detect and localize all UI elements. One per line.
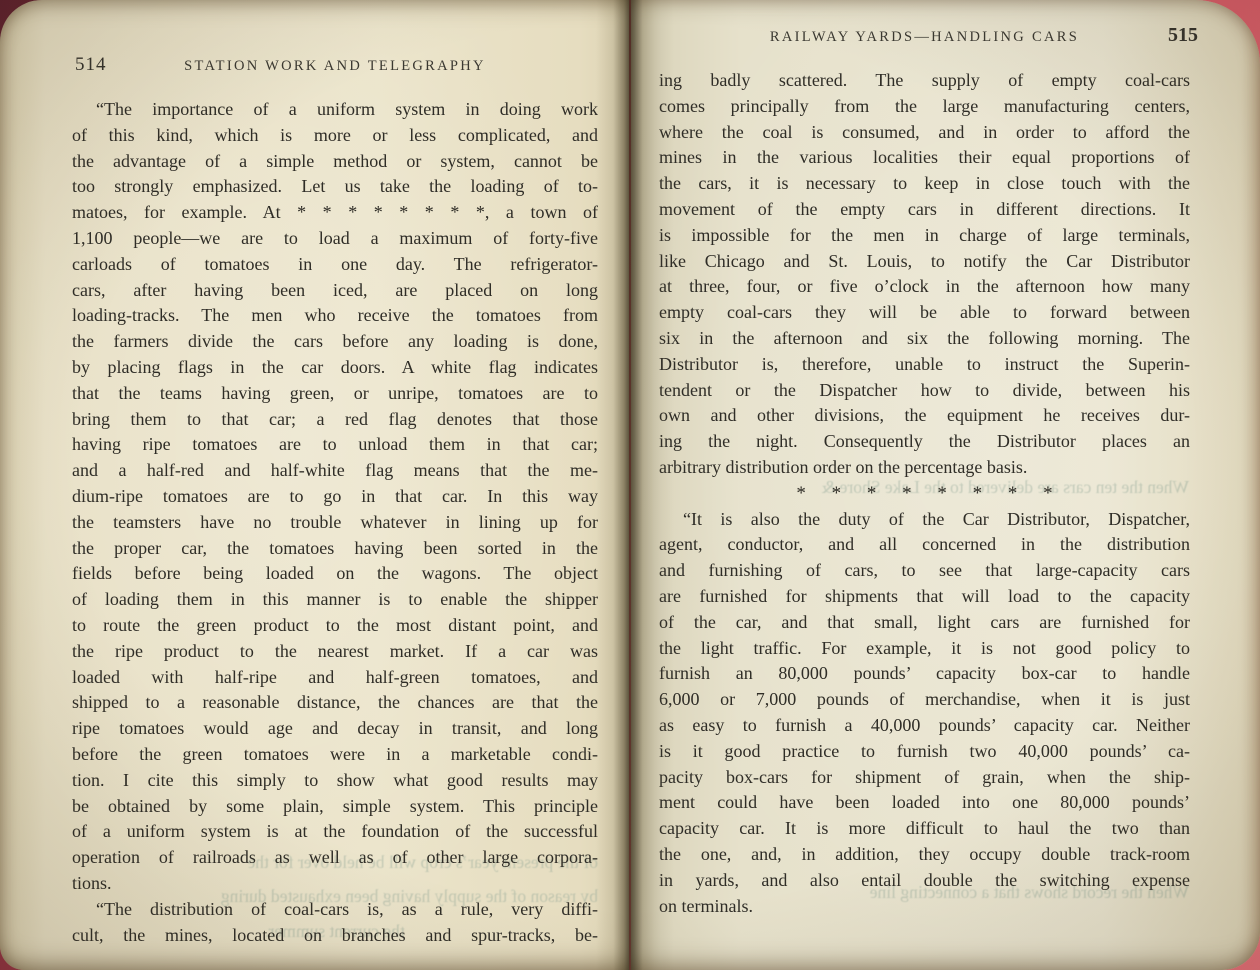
text-line: at three, four, or five o’clock in the a… [659,274,1190,300]
text-line: movement of the empty cars in different … [659,197,1190,223]
text-line: agent, conductor, and all concerned in t… [659,532,1190,558]
text-line: of a uniform system is at the foundation… [72,819,598,845]
text-line: as easy to furnish a 40,000 pounds’ capa… [659,713,1190,739]
text-line: carloads of tomatoes in one day. The ref… [72,252,598,278]
text-line: operation of railroads as well as of oth… [72,845,598,871]
text-line: six in the afternoon and six the followi… [659,326,1190,352]
text-line: arbitrary distribution order on the perc… [659,455,1190,481]
text-line: “The importance of a uniform system in d… [72,97,598,123]
text-line: to route the green product to the most d… [72,613,598,639]
text-line: 1,100 people—we are to load a maximum of… [72,226,598,252]
left-page-header: 514 STATION WORK AND TELEGRAPHY [0,56,629,78]
text-line: “The distribution of coal-cars is, as a … [72,897,598,923]
text-line: the ripe product to the nearest market. … [72,639,598,665]
text-line: is impossible for the men in charge of l… [659,223,1190,249]
text-line: cult, the mines, located on branches and… [72,923,598,949]
text-line: too strongly emphasized. Let us take the… [72,174,598,200]
text-line: mines in the various localities their eq… [659,145,1190,171]
text-line: like Chicago and St. Louis, to notify th… [659,249,1190,275]
text-line: in yards, and also entail double the swi… [659,868,1190,894]
text-line: tendent or the Dispatcher how to divide,… [659,378,1190,404]
text-line: the light traffic. For example, it is no… [659,636,1190,662]
text-line: empty coal-cars they will be able to for… [659,300,1190,326]
text-line: “It is also the duty of the Car Distribu… [659,507,1190,533]
text-line: capacity car. It is more difficult to ha… [659,816,1190,842]
left-page-number: 514 [75,54,107,76]
book-scan: 514 STATION WORK AND TELEGRAPHY “The imp… [0,0,1260,970]
text-line: loading-tracks. The men who receive the … [72,303,598,329]
text-line: 6,000 or 7,000 pounds of merchandise, wh… [659,687,1190,713]
text-line: of the car, and that small, light cars a… [659,610,1190,636]
text-line: that the teams having green, or unripe, … [72,381,598,407]
left-page: 514 STATION WORK AND TELEGRAPHY “The imp… [0,0,629,970]
text-line: the farmers divide the cars before any l… [72,329,598,355]
text-line: ing the night. Consequently the Distribu… [659,429,1190,455]
text-line: the proper car, the tomatoes having been… [72,536,598,562]
right-page-number: 515 [1168,24,1198,47]
text-line: dium-ripe tomatoes are to go in that car… [72,484,598,510]
text-line: furnish an 80,000 pounds’ capacity box-c… [659,661,1190,687]
text-line: the teamsters have no trouble whatever i… [72,510,598,536]
right-running-head: RAILWAY YARDS—HANDLING CARS [631,29,1260,46]
text-line: before the green tomatoes were in a mark… [72,742,598,768]
text-line: ripe tomatoes would age and decay in tra… [72,716,598,742]
text-line: cars, after having been iced, are placed… [72,278,598,304]
text-line: ing badly scattered. The supply of empty… [659,68,1190,94]
left-page-body: “The importance of a uniform system in d… [72,97,598,948]
text-line: tions. [72,871,598,897]
text-line: loaded with half-ripe and half-green tom… [72,665,598,691]
text-line: having ripe tomatoes are to unload them … [72,432,598,458]
text-line: the advantage of a simple method or syst… [72,149,598,175]
text-line: and furnishing of cars, to see that larg… [659,558,1190,584]
text-line: own and other divisions, the equipment h… [659,403,1190,429]
text-line: matoes, for example. At * * * * * * * *,… [72,200,598,226]
text-line: is it good practice to furnish two 40,00… [659,739,1190,765]
text-line: fields before being loaded on the wagons… [72,561,598,587]
text-line: comes principally from the large manufac… [659,94,1190,120]
text-line: bring them to that car; a red flag denot… [72,407,598,433]
text-line: ment could have been loaded into one 80,… [659,790,1190,816]
text-line: on terminals. [659,894,1190,920]
text-line: by placing flags in the car doors. A whi… [72,355,598,381]
text-line: Distributor is, therefore, unable to ins… [659,352,1190,378]
text-line: of loading them in this manner is to ena… [72,587,598,613]
text-line: the one, and, in addition, they occupy d… [659,842,1190,868]
right-page: RAILWAY YARDS—HANDLING CARS 515 ing badl… [631,0,1260,970]
text-line: where the coal is consumed, and in order… [659,120,1190,146]
right-page-header: RAILWAY YARDS—HANDLING CARS 515 [631,29,1260,51]
text-line: of this kind, which is more or less comp… [72,123,598,149]
text-line: and a half-red and half-white flag means… [72,458,598,484]
text-line: the cars, it is necessary to keep in clo… [659,171,1190,197]
text-line: tion. I cite this simply to show what go… [72,768,598,794]
right-page-body: ing badly scattered. The supply of empty… [659,68,1190,919]
text-line: be obtained by some plain, simple system… [72,794,598,820]
text-line: shipped to a reasonable distance, the ch… [72,690,598,716]
asterisk-separator: * * * * * * * * [659,481,1190,507]
text-line: pacity box-cars for shipment of grain, w… [659,765,1190,791]
text-line: are furnished for shipments that will lo… [659,584,1190,610]
